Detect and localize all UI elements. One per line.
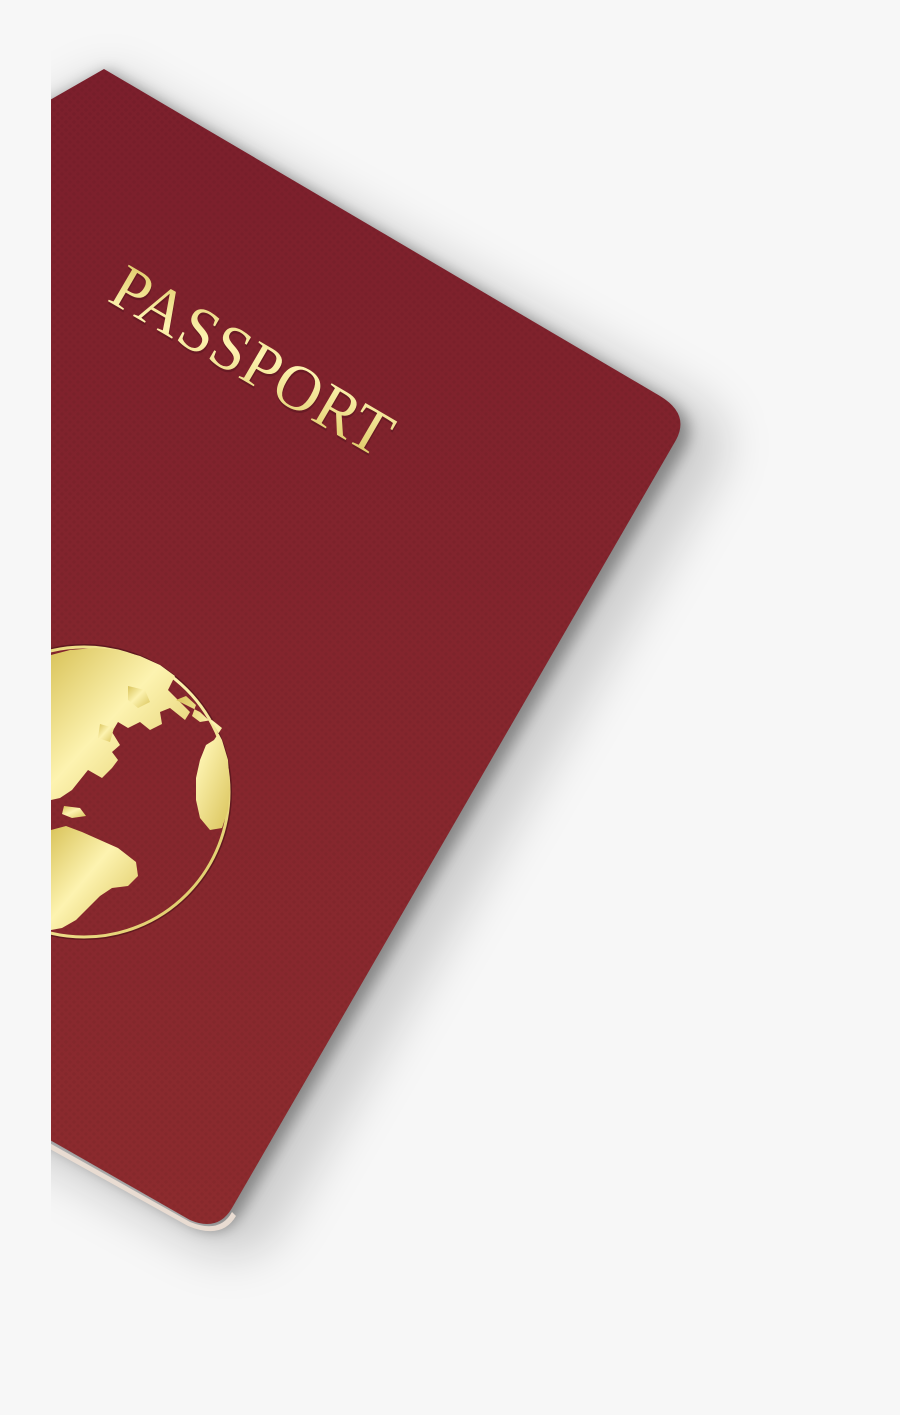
passport-illustration: PASSPORT PASSPORT <box>0 0 900 1415</box>
